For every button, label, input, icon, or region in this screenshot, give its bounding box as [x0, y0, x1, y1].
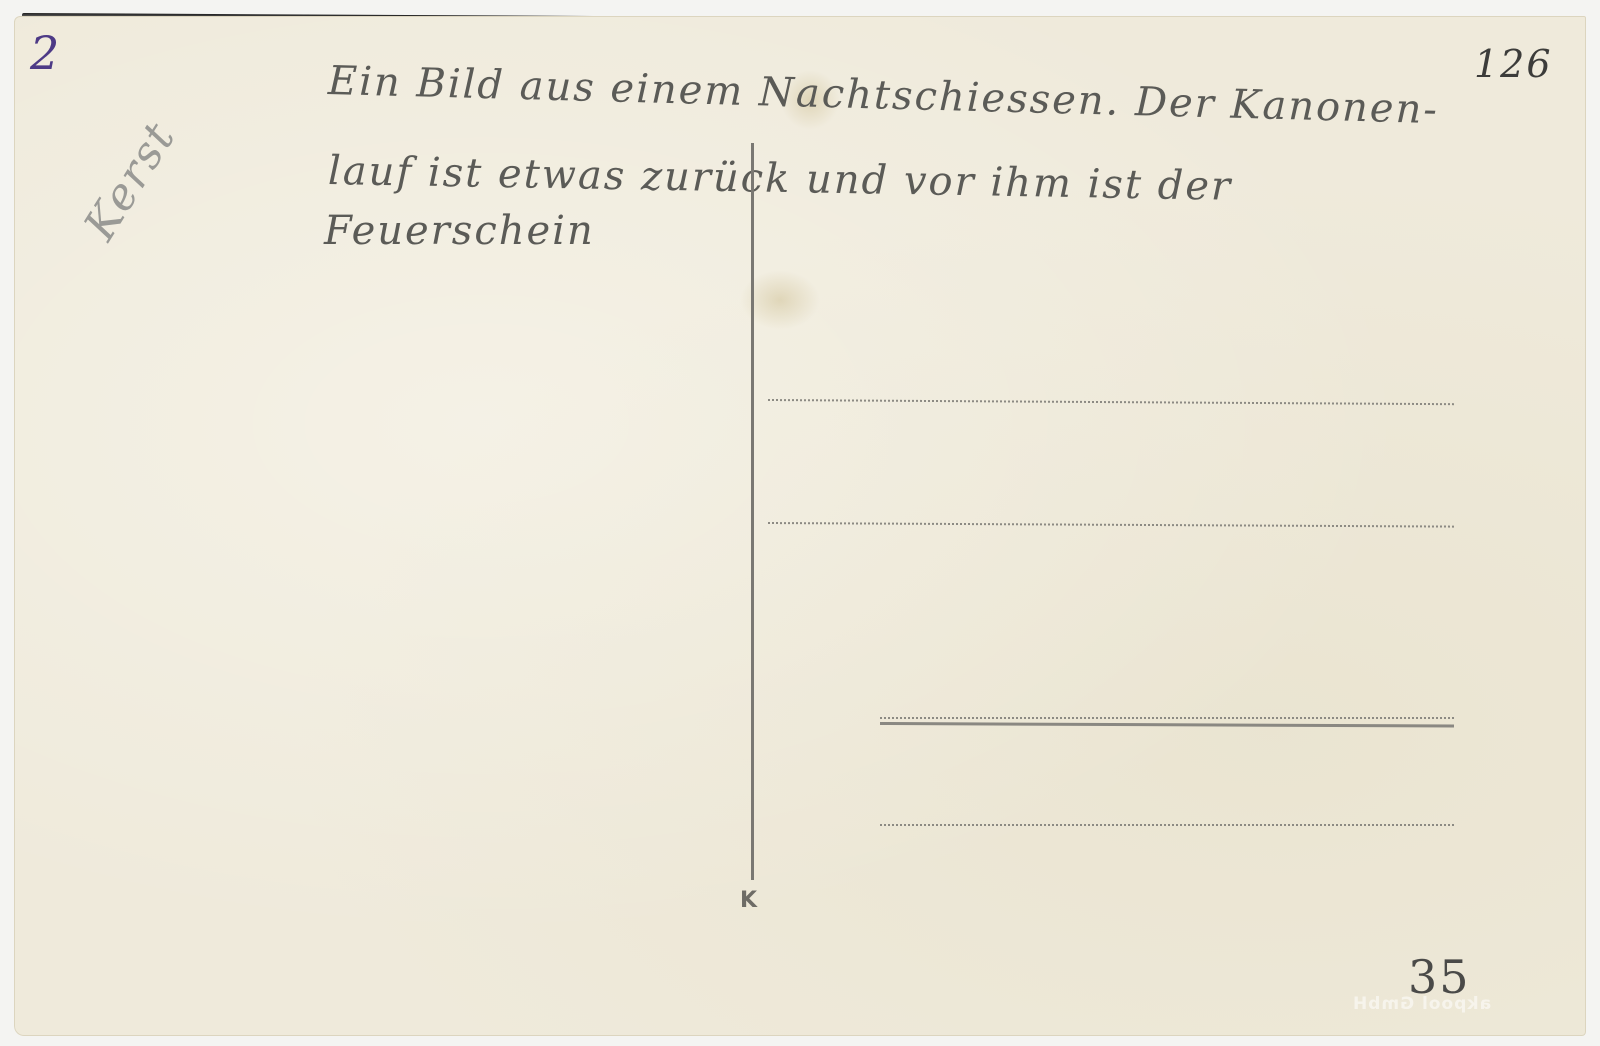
archive-number-top-right: 126 [1474, 42, 1553, 86]
message-line-3: Feuerschein [324, 208, 595, 254]
watermark: akpool GmbH [1352, 994, 1491, 1014]
archive-number-top-left: 2 [30, 26, 61, 80]
divider-label: K [740, 888, 757, 913]
address-line-3-dotted [880, 717, 1454, 719]
center-divider-line [751, 143, 754, 880]
address-line-4 [880, 824, 1454, 826]
